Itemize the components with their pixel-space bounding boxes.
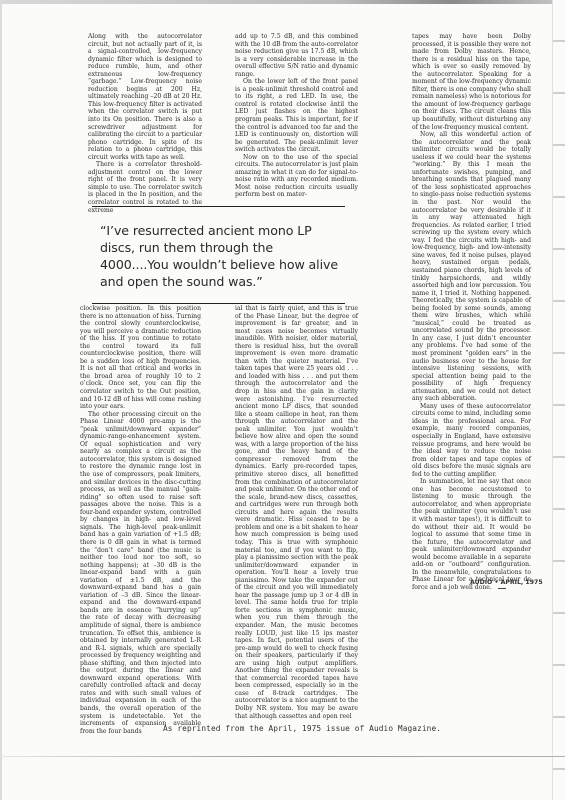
article-column-3: tapes may have been Dolby processed, it …: [412, 33, 531, 591]
paragraph: tapes may have been Dolby processed, it …: [412, 33, 531, 131]
pull-quote-text: “I’ve resurrected ancient mono LP discs,…: [100, 222, 345, 290]
paragraph-final-text: In summation, let me say that once one h…: [412, 478, 531, 591]
paragraph-final: In summation, let me say that once one h…: [412, 478, 531, 591]
adjacent-page-bleed: [552, 0, 565, 800]
paragraph: Along with the autocorrelator circuit, b…: [88, 33, 202, 161]
paragraph: Now on to the use of the special circuit…: [235, 154, 358, 199]
scan-top-shadow: [0, 0, 565, 4]
paragraph: clockwise position. In this position the…: [80, 305, 201, 411]
article-column-2-top: add up to 7.5 dB, and this combined with…: [235, 33, 358, 199]
paragraph: ial that is fairly quiet, and this is tr…: [235, 305, 358, 720]
paragraph: Many uses of these autocorrelator circui…: [412, 403, 531, 478]
reprint-note: As reprinted from the April, 1975 issue …: [163, 724, 441, 733]
scan-left-edge: [0, 0, 2, 800]
paragraph: On the lower left of the front panel is …: [235, 78, 358, 153]
article-column-1-top: Along with the autocorrelator circuit, b…: [88, 33, 202, 214]
page-folio: AUDIO • APRIL, 1975: [470, 579, 543, 586]
paragraph: add up to 7.5 dB, and this combined with…: [235, 33, 358, 78]
paragraph: The other processing circuit on the Phas…: [80, 411, 201, 736]
scan-bottom-edge: [0, 756, 565, 757]
article-column-2-bottom: ial that is fairly quiet, and this is tr…: [235, 305, 358, 720]
pull-quote: “I’ve resurrected ancient mono LP discs,…: [92, 206, 345, 304]
paragraph: Now, all this wonderful action of the au…: [412, 131, 531, 403]
article-column-1-bottom: clockwise position. In this position the…: [80, 305, 201, 735]
